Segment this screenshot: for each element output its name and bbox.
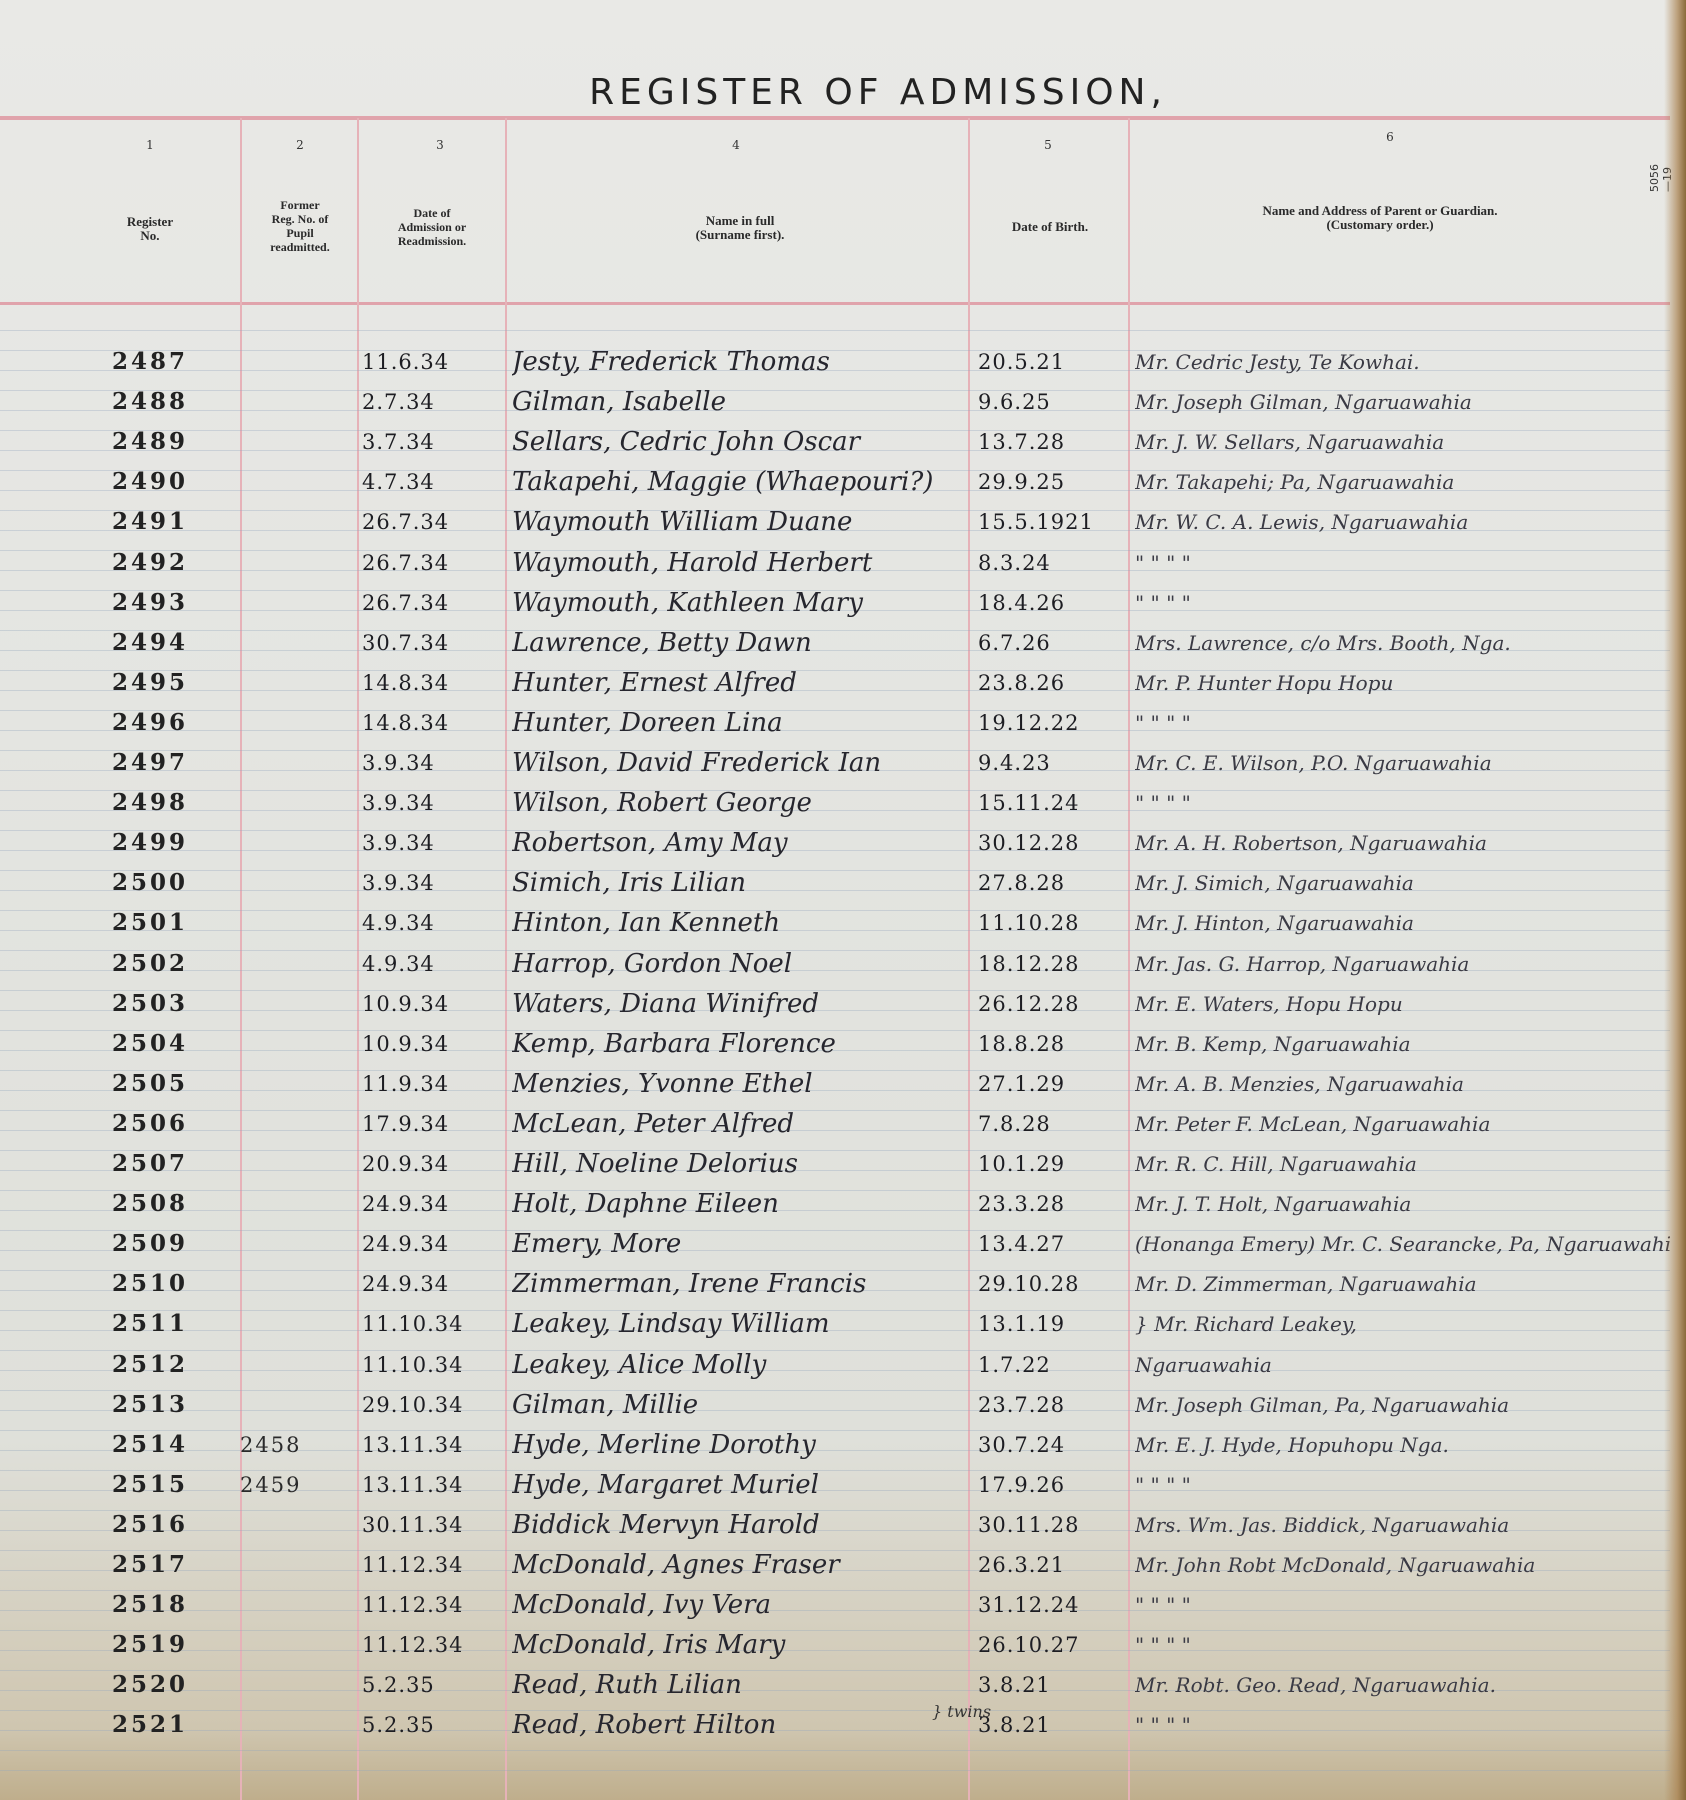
- pupil-name: Read, Ruth Lilian: [512, 1665, 967, 1705]
- table-row: 249226.7.34Waymouth, Harold Herbert8.3.2…: [0, 543, 1670, 583]
- parent-guardian: Mr. C. E. Wilson, P.O. Ngaruawahia: [1135, 743, 1670, 783]
- admission-date: 3.9.34: [362, 863, 506, 903]
- date-of-birth: 20.5.21: [978, 342, 1128, 382]
- page-title: REGISTER OF ADMISSION,: [0, 72, 1686, 113]
- date-of-birth: 9.6.25: [978, 382, 1128, 422]
- admission-date: 11.6.34: [362, 342, 506, 382]
- date-of-birth: 29.9.25: [978, 462, 1128, 502]
- pupil-name: McDonald, Ivy Vera: [512, 1585, 967, 1625]
- parent-guardian: " " " ": [1135, 1625, 1670, 1665]
- register-number: 2496: [112, 703, 232, 743]
- register-number: 2517: [112, 1545, 232, 1585]
- register-number: 2493: [112, 583, 232, 623]
- table-row: 24973.9.34Wilson, David Frederick Ian9.4…: [0, 743, 1670, 783]
- former-register-number: [240, 1104, 355, 1144]
- parent-guardian: " " " ": [1135, 543, 1670, 583]
- column-number: 4: [706, 138, 766, 152]
- register-number: 2515: [112, 1465, 232, 1505]
- pupil-name: Hyde, Margaret Muriel: [512, 1465, 967, 1505]
- column-header-date-of-birth: Date of Birth.: [975, 220, 1125, 234]
- parent-guardian: Mr. John Robt McDonald, Ngaruawahia: [1135, 1545, 1670, 1585]
- former-register-number: [240, 984, 355, 1024]
- parent-guardian: " " " ": [1135, 703, 1670, 743]
- parent-guardian: Mr. Joseph Gilman, Ngaruawahia: [1135, 382, 1670, 422]
- register-number: 2490: [112, 462, 232, 502]
- pupil-name: Biddick Mervyn Harold: [512, 1505, 967, 1545]
- pupil-name: Hunter, Doreen Lina: [512, 703, 967, 743]
- former-register-number: [240, 1184, 355, 1224]
- admission-date: 26.7.34: [362, 543, 506, 583]
- former-register-number: [240, 743, 355, 783]
- table-row: 24893.7.34Sellars, Cedric John Oscar13.7…: [0, 422, 1670, 462]
- pupil-name: Leakey, Lindsay William: [512, 1304, 967, 1344]
- register-number: 2494: [112, 623, 232, 663]
- admission-date: 13.11.34: [362, 1425, 506, 1465]
- register-page: REGISTER OF ADMISSION, 5056—19 1 2 3 4 5…: [0, 0, 1686, 1800]
- admission-date: 11.12.34: [362, 1545, 506, 1585]
- parent-guardian: " " " ": [1135, 583, 1670, 623]
- former-register-number: [240, 502, 355, 542]
- register-number: 2519: [112, 1625, 232, 1665]
- pupil-name: Robertson, Amy May: [512, 823, 967, 863]
- date-of-birth: 15.11.24: [978, 783, 1128, 823]
- admission-date: 11.9.34: [362, 1064, 506, 1104]
- parent-guardian: Mr. E. Waters, Hopu Hopu: [1135, 984, 1670, 1024]
- parent-guardian: Mr. Joseph Gilman, Pa, Ngaruawahia: [1135, 1385, 1670, 1425]
- table-row: 251711.12.34McDonald, Agnes Fraser26.3.2…: [0, 1545, 1670, 1585]
- parent-guardian: } Mr. Richard Leakey,: [1135, 1304, 1670, 1344]
- pupil-name: McDonald, Agnes Fraser: [512, 1545, 967, 1585]
- table-row: 24882.7.34Gilman, Isabelle9.6.25Mr. Jose…: [0, 382, 1670, 422]
- parent-guardian: Mr. A. B. Menzies, Ngaruawahia: [1135, 1064, 1670, 1104]
- date-of-birth: 29.10.28: [978, 1264, 1128, 1304]
- table-row: 251024.9.34Zimmerman, Irene Francis29.10…: [0, 1264, 1670, 1304]
- date-of-birth: 23.8.26: [978, 663, 1128, 703]
- admission-date: 2.7.34: [362, 382, 506, 422]
- parent-guardian: Mr. J. W. Sellars, Ngaruawahia: [1135, 422, 1670, 462]
- parent-guardian: Mr. B. Kemp, Ngaruawahia: [1135, 1024, 1670, 1064]
- parent-guardian: Mr. Cedric Jesty, Te Kowhai.: [1135, 342, 1670, 382]
- former-register-number: [240, 623, 355, 663]
- parent-guardian: Mrs. Lawrence, c/o Mrs. Booth, Nga.: [1135, 623, 1670, 663]
- admission-date: 3.9.34: [362, 783, 506, 823]
- admission-date: 20.9.34: [362, 1144, 506, 1184]
- pupil-name: Hill, Noeline Delorius: [512, 1144, 967, 1184]
- pupil-name: Waymouth, Kathleen Mary: [512, 583, 967, 623]
- date-of-birth: 30.12.28: [978, 823, 1128, 863]
- table-row: 250410.9.34Kemp, Barbara Florence18.8.28…: [0, 1024, 1670, 1064]
- date-of-birth: 3.8.21: [978, 1705, 1128, 1745]
- former-register-number: [240, 1705, 355, 1745]
- admission-date: 3.7.34: [362, 422, 506, 462]
- table-row: 24904.7.34Takapehi, Maggie (Whaepouri?)2…: [0, 462, 1670, 502]
- table-row: 24983.9.34Wilson, Robert George15.11.24"…: [0, 783, 1670, 823]
- admission-date: 26.7.34: [362, 502, 506, 542]
- pupil-name: Emery, More: [512, 1224, 967, 1264]
- register-number: 2499: [112, 823, 232, 863]
- admission-date: 11.12.34: [362, 1625, 506, 1665]
- pupil-name: Harrop, Gordon Noel: [512, 944, 967, 984]
- date-of-birth: 1.7.22: [978, 1345, 1128, 1385]
- former-register-number: [240, 342, 355, 382]
- table-row: 248711.6.34Jesty, Frederick Thomas20.5.2…: [0, 342, 1670, 382]
- pupil-name: Waters, Diana Winifred: [512, 984, 967, 1024]
- parent-guardian: Mr. A. H. Robertson, Ngaruawahia: [1135, 823, 1670, 863]
- parent-guardian: Mr. P. Hunter Hopu Hopu: [1135, 663, 1670, 703]
- admission-date: 13.11.34: [362, 1465, 506, 1505]
- date-of-birth: 26.12.28: [978, 984, 1128, 1024]
- parent-guardian: Mr. Peter F. McLean, Ngaruawahia: [1135, 1104, 1670, 1144]
- date-of-birth: 31.12.24: [978, 1585, 1128, 1625]
- pupil-name: Holt, Daphne Eileen: [512, 1184, 967, 1224]
- admission-date: 5.2.35: [362, 1665, 506, 1705]
- date-of-birth: 18.4.26: [978, 583, 1128, 623]
- form-code: 5056—19: [1648, 154, 1674, 192]
- register-number: 2498: [112, 783, 232, 823]
- header-top-rule: [0, 116, 1670, 120]
- parent-guardian: " " " ": [1135, 1705, 1670, 1745]
- register-number: 2521: [112, 1705, 232, 1745]
- former-register-number: [240, 1264, 355, 1304]
- column-number: 2: [270, 138, 330, 152]
- register-number: 2500: [112, 863, 232, 903]
- pupil-name: Wilson, David Frederick Ian: [512, 743, 967, 783]
- admission-date: 10.9.34: [362, 984, 506, 1024]
- ruled-line: [0, 1770, 1670, 1771]
- former-register-number: [240, 1224, 355, 1264]
- admission-date: 30.7.34: [362, 623, 506, 663]
- pupil-name: Hyde, Merline Dorothy: [512, 1425, 967, 1465]
- former-register-number: [240, 583, 355, 623]
- former-register-number: [240, 543, 355, 583]
- ruled-line: [0, 1750, 1670, 1751]
- pupil-name: Hinton, Ian Kenneth: [512, 903, 967, 943]
- date-of-birth: 11.10.28: [978, 903, 1128, 943]
- admission-date: 24.9.34: [362, 1224, 506, 1264]
- date-of-birth: 15.5.1921: [978, 502, 1128, 542]
- former-register-number: [240, 1144, 355, 1184]
- date-of-birth: 18.12.28: [978, 944, 1128, 984]
- admission-date: 24.9.34: [362, 1184, 506, 1224]
- table-row: 249126.7.34Waymouth William Duane15.5.19…: [0, 502, 1670, 542]
- column-number: 3: [410, 138, 470, 152]
- parent-guardian: (Honanga Emery) Mr. C. Searancke, Pa, Ng…: [1135, 1224, 1670, 1264]
- table-row: 250617.9.34McLean, Peter Alfred7.8.28Mr.…: [0, 1104, 1670, 1144]
- date-of-birth: 23.3.28: [978, 1184, 1128, 1224]
- date-of-birth: 3.8.21: [978, 1665, 1128, 1705]
- register-number: 2507: [112, 1144, 232, 1184]
- admission-date: 14.8.34: [362, 703, 506, 743]
- table-row: 2514245813.11.34Hyde, Merline Dorothy30.…: [0, 1425, 1670, 1465]
- register-number: 2516: [112, 1505, 232, 1545]
- pupil-name: Zimmerman, Irene Francis: [512, 1264, 967, 1304]
- parent-guardian: Mr. E. J. Hyde, Hopuhopu Nga.: [1135, 1425, 1670, 1465]
- table-row: 250824.9.34Holt, Daphne Eileen23.3.28Mr.…: [0, 1184, 1670, 1224]
- date-of-birth: 13.4.27: [978, 1224, 1128, 1264]
- column-header-parent-guardian: Name and Address of Parent or Guardian. …: [1150, 204, 1610, 232]
- pupil-name: Simich, Iris Lilian: [512, 863, 967, 903]
- parent-guardian: Mr. J. Simich, Ngaruawahia: [1135, 863, 1670, 903]
- former-register-number: [240, 1505, 355, 1545]
- parent-guardian: Mr. Takapehi; Pa, Ngaruawahia: [1135, 462, 1670, 502]
- table-row: 250924.9.34Emery, More13.4.27(Honanga Em…: [0, 1224, 1670, 1264]
- table-row: 249326.7.34Waymouth, Kathleen Mary18.4.2…: [0, 583, 1670, 623]
- parent-guardian: " " " ": [1135, 1465, 1670, 1505]
- former-register-number: [240, 863, 355, 903]
- table-row: 249514.8.34Hunter, Ernest Alfred23.8.26M…: [0, 663, 1670, 703]
- former-register-number: [240, 944, 355, 984]
- former-register-number: [240, 382, 355, 422]
- date-of-birth: 27.1.29: [978, 1064, 1128, 1104]
- former-register-number: [240, 1385, 355, 1425]
- table-row: 25014.9.34Hinton, Ian Kenneth11.10.28Mr.…: [0, 903, 1670, 943]
- table-row: 251811.12.34McDonald, Ivy Vera31.12.24" …: [0, 1585, 1670, 1625]
- register-number: 2506: [112, 1104, 232, 1144]
- register-number: 2511: [112, 1304, 232, 1344]
- former-register-number: [240, 903, 355, 943]
- admission-date: 3.9.34: [362, 823, 506, 863]
- admission-date: 24.9.34: [362, 1264, 506, 1304]
- former-register-number: [240, 462, 355, 502]
- table-row: 25003.9.34Simich, Iris Lilian27.8.28Mr. …: [0, 863, 1670, 903]
- ruled-line: [0, 330, 1670, 331]
- former-register-number: 2458: [240, 1425, 355, 1465]
- register-number: 2508: [112, 1184, 232, 1224]
- date-of-birth: 6.7.26: [978, 623, 1128, 663]
- table-row: 249614.8.34Hunter, Doreen Lina19.12.22" …: [0, 703, 1670, 743]
- admission-date: 4.9.34: [362, 944, 506, 984]
- table-row: 250720.9.34Hill, Noeline Delorius10.1.29…: [0, 1144, 1670, 1184]
- register-number: 2505: [112, 1064, 232, 1104]
- parent-guardian: Mr. Jas. G. Harrop, Ngaruawahia: [1135, 944, 1670, 984]
- register-number: 2491: [112, 502, 232, 542]
- parent-guardian: Mr. W. C. A. Lewis, Ngaruawahia: [1135, 502, 1670, 542]
- former-register-number: [240, 1545, 355, 1585]
- date-of-birth: 13.7.28: [978, 422, 1128, 462]
- pupil-name: Wilson, Robert George: [512, 783, 967, 823]
- date-of-birth: 30.11.28: [978, 1505, 1128, 1545]
- header-bottom-rule: [0, 302, 1670, 305]
- table-row: 251329.10.34Gilman, Millie23.7.28Mr. Jos…: [0, 1385, 1670, 1425]
- register-number: 2487: [112, 342, 232, 382]
- date-of-birth: 8.3.24: [978, 543, 1128, 583]
- table-row: 249430.7.34Lawrence, Betty Dawn6.7.26Mrs…: [0, 623, 1670, 663]
- pupil-name: Waymouth, Harold Herbert: [512, 543, 967, 583]
- admission-date: 5.2.35: [362, 1705, 506, 1745]
- column-number: 6: [1360, 130, 1420, 144]
- date-of-birth: 23.7.28: [978, 1385, 1128, 1425]
- pupil-name: Kemp, Barbara Florence: [512, 1024, 967, 1064]
- register-number: 2501: [112, 903, 232, 943]
- pupil-name: Takapehi, Maggie (Whaepouri?): [512, 462, 967, 502]
- date-of-birth: 7.8.28: [978, 1104, 1128, 1144]
- parent-guardian: " " " ": [1135, 1585, 1670, 1625]
- parent-guardian: Mr. D. Zimmerman, Ngaruawahia: [1135, 1264, 1670, 1304]
- pupil-name: McLean, Peter Alfred: [512, 1104, 967, 1144]
- admission-date: 4.9.34: [362, 903, 506, 943]
- column-header-former-reg-no: Former Reg. No. of Pupil readmitted.: [245, 198, 355, 254]
- parent-guardian: Mr. J. T. Holt, Ngaruawahia: [1135, 1184, 1670, 1224]
- table-row: 25024.9.34Harrop, Gordon Noel18.12.28Mr.…: [0, 944, 1670, 984]
- pupil-name: Waymouth William Duane: [512, 502, 967, 542]
- parent-guardian: " " " ": [1135, 783, 1670, 823]
- register-number: 2513: [112, 1385, 232, 1425]
- former-register-number: [240, 663, 355, 703]
- admission-date: 30.11.34: [362, 1505, 506, 1545]
- admission-date: 14.8.34: [362, 663, 506, 703]
- pupil-name: Jesty, Frederick Thomas: [512, 342, 967, 382]
- pupil-name: Gilman, Millie: [512, 1385, 967, 1425]
- former-register-number: [240, 1064, 355, 1104]
- register-number: 2503: [112, 984, 232, 1024]
- column-number: 1: [120, 138, 180, 152]
- date-of-birth: 18.8.28: [978, 1024, 1128, 1064]
- register-number: 2488: [112, 382, 232, 422]
- register-number: 2510: [112, 1264, 232, 1304]
- pupil-name: McDonald, Iris Mary: [512, 1625, 967, 1665]
- admission-date: 29.10.34: [362, 1385, 506, 1425]
- column-header-name: Name in full (Surname first).: [620, 214, 860, 242]
- former-register-number: [240, 422, 355, 462]
- former-register-number: [240, 1024, 355, 1064]
- admission-date: 3.9.34: [362, 743, 506, 783]
- register-number: 2512: [112, 1345, 232, 1385]
- table-row: 2515245913.11.34Hyde, Margaret Muriel17.…: [0, 1465, 1670, 1505]
- former-register-number: 2459: [240, 1465, 355, 1505]
- table-row: 250511.9.34Menzies, Yvonne Ethel27.1.29M…: [0, 1064, 1670, 1104]
- table-row: 251111.10.34Leakey, Lindsay William13.1.…: [0, 1304, 1670, 1344]
- date-of-birth: 27.8.28: [978, 863, 1128, 903]
- table-row: 24993.9.34Robertson, Amy May30.12.28Mr. …: [0, 823, 1670, 863]
- parent-guardian: Mr. J. Hinton, Ngaruawahia: [1135, 903, 1670, 943]
- pupil-name: Menzies, Yvonne Ethel: [512, 1064, 967, 1104]
- pupil-name: Hunter, Ernest Alfred: [512, 663, 967, 703]
- date-of-birth: 10.1.29: [978, 1144, 1128, 1184]
- register-number: 2497: [112, 743, 232, 783]
- pupil-name: Sellars, Cedric John Oscar: [512, 422, 967, 462]
- register-number: 2518: [112, 1585, 232, 1625]
- admission-date: 17.9.34: [362, 1104, 506, 1144]
- pupil-name: Read, Robert Hilton: [512, 1705, 967, 1745]
- register-number: 2502: [112, 944, 232, 984]
- pupil-name: Lawrence, Betty Dawn: [512, 623, 967, 663]
- table-row: 25205.2.35Read, Ruth Lilian3.8.21Mr. Rob…: [0, 1665, 1670, 1705]
- former-register-number: [240, 1585, 355, 1625]
- register-number: 2504: [112, 1024, 232, 1064]
- register-number: 2509: [112, 1224, 232, 1264]
- date-of-birth: 26.3.21: [978, 1545, 1128, 1585]
- former-register-number: [240, 823, 355, 863]
- twins-annotation: } twins: [932, 1702, 991, 1721]
- date-of-birth: 17.9.26: [978, 1465, 1128, 1505]
- table-row: 251630.11.34Biddick Mervyn Harold30.11.2…: [0, 1505, 1670, 1545]
- column-header-register-no: Register No.: [100, 215, 200, 243]
- pupil-name: Leakey, Alice Molly: [512, 1345, 967, 1385]
- parent-guardian: Ngaruawahia: [1135, 1345, 1670, 1385]
- date-of-birth: 19.12.22: [978, 703, 1128, 743]
- register-number: 2520: [112, 1665, 232, 1705]
- admission-date: 11.12.34: [362, 1585, 506, 1625]
- column-number: 5: [1018, 138, 1078, 152]
- register-number: 2489: [112, 422, 232, 462]
- register-number: 2492: [112, 543, 232, 583]
- admission-date: 11.10.34: [362, 1345, 506, 1385]
- register-number: 2514: [112, 1425, 232, 1465]
- parent-guardian: Mrs. Wm. Jas. Biddick, Ngaruawahia: [1135, 1505, 1670, 1545]
- former-register-number: [240, 783, 355, 823]
- former-register-number: [240, 703, 355, 743]
- table-row: 25215.2.35Read, Robert Hilton3.8.21" " "…: [0, 1705, 1670, 1745]
- admission-date: 26.7.34: [362, 583, 506, 623]
- table-row: 250310.9.34Waters, Diana Winifred26.12.2…: [0, 984, 1670, 1024]
- date-of-birth: 30.7.24: [978, 1425, 1128, 1465]
- pupil-name: Gilman, Isabelle: [512, 382, 967, 422]
- date-of-birth: 9.4.23: [978, 743, 1128, 783]
- former-register-number: [240, 1345, 355, 1385]
- admission-date: 4.7.34: [362, 462, 506, 502]
- former-register-number: [240, 1625, 355, 1665]
- date-of-birth: 13.1.19: [978, 1304, 1128, 1344]
- column-header-admission-date: Date of Admission or Readmission.: [362, 206, 502, 248]
- parent-guardian: Mr. Robt. Geo. Read, Ngaruawahia.: [1135, 1665, 1670, 1705]
- parent-guardian: Mr. R. C. Hill, Ngaruawahia: [1135, 1144, 1670, 1184]
- table-row: 251211.10.34Leakey, Alice Molly1.7.22Nga…: [0, 1345, 1670, 1385]
- former-register-number: [240, 1304, 355, 1344]
- admission-date: 10.9.34: [362, 1024, 506, 1064]
- table-row: 251911.12.34McDonald, Iris Mary26.10.27"…: [0, 1625, 1670, 1665]
- register-number: 2495: [112, 663, 232, 703]
- admission-date: 11.10.34: [362, 1304, 506, 1344]
- date-of-birth: 26.10.27: [978, 1625, 1128, 1665]
- former-register-number: [240, 1665, 355, 1705]
